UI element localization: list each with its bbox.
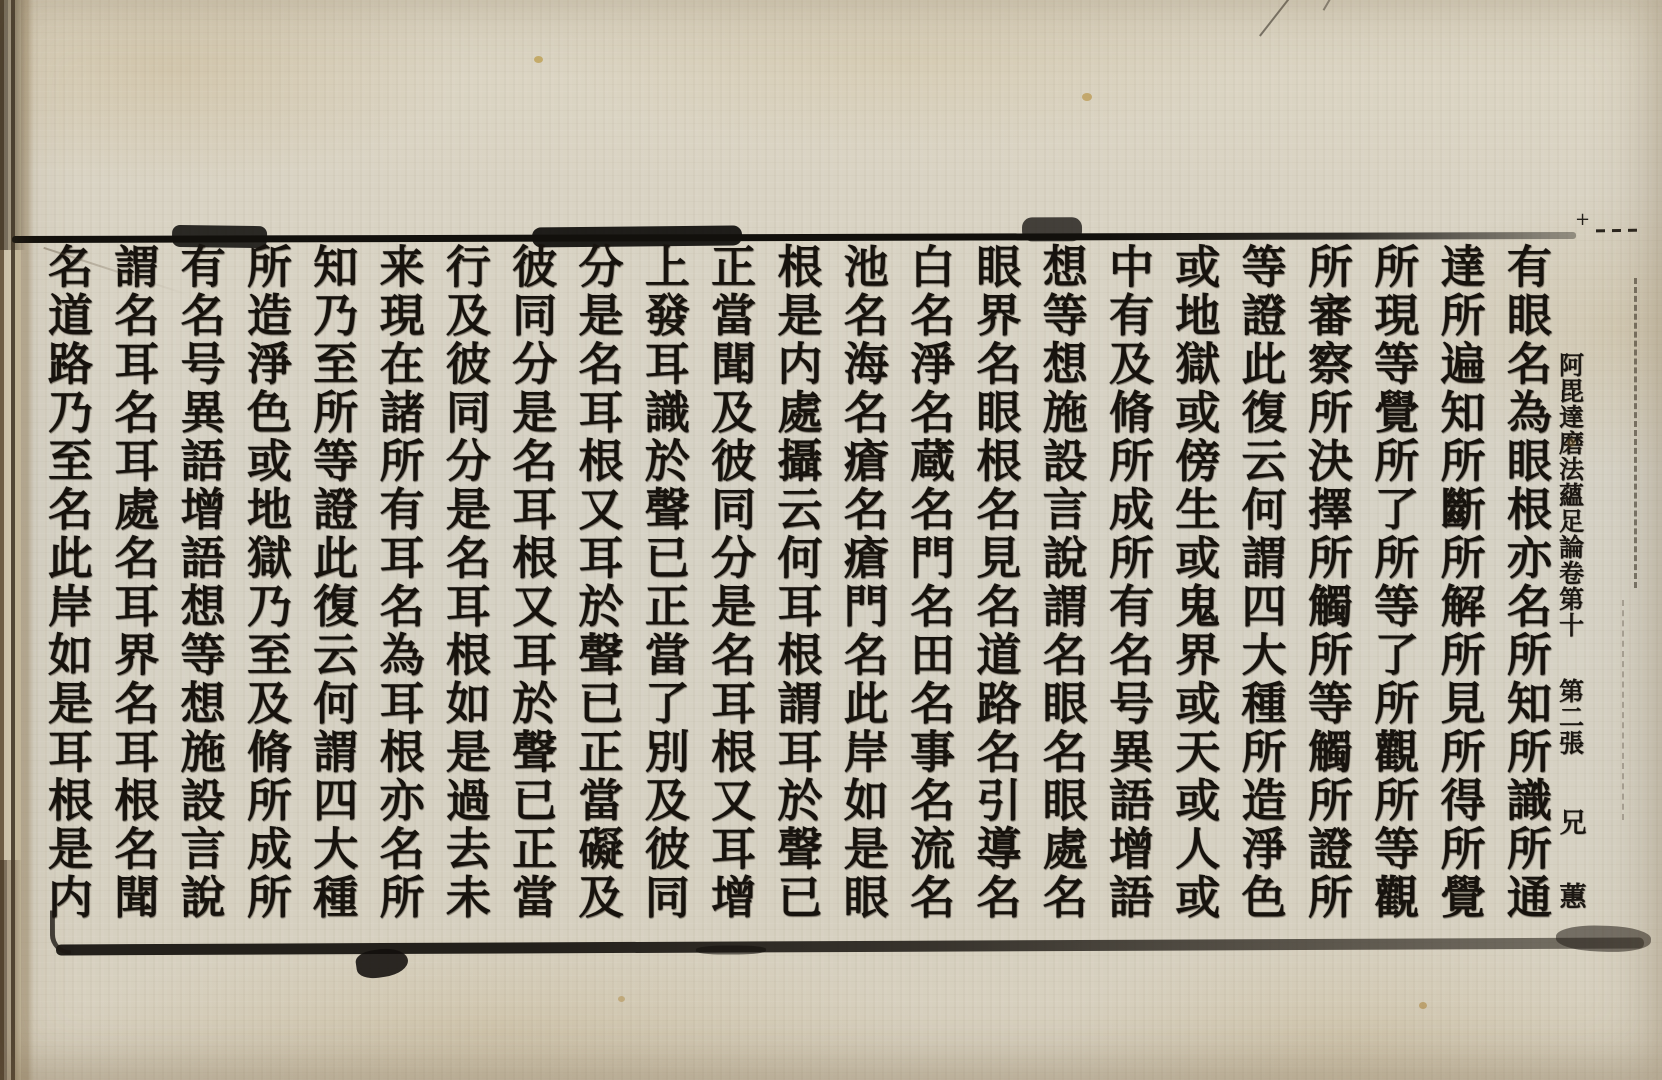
text-column-10: 白名淨名蔵名門名田名事名流名 [904, 243, 952, 943]
stain-speck [1419, 1002, 1427, 1009]
text-columns: 有眼名為眼根亦名所知所識所通 達所遍知所斷所解所見所得所覺 所現等覺所了所等了所… [42, 243, 1549, 943]
stain-speck [618, 996, 625, 1002]
text-column-13: 正當聞及彼同分是名耳根又耳增 [705, 243, 753, 943]
ink-blob [696, 945, 766, 954]
text-column-14: 上發耳識於聲已正當了別及彼同 [639, 243, 687, 943]
text-column-19: 知乃至所等證此復云何謂四大種 [307, 243, 355, 943]
volume-title: 阿毘達磨法蘊足論卷第十 [1557, 352, 1584, 638]
stain-speck [1082, 93, 1092, 101]
stain-speck [1567, 438, 1576, 447]
ink-scratch [1259, 0, 1313, 37]
text-column-17: 行及彼同分是名耳根如是過去未 [440, 243, 488, 943]
text-column-23: 名道路乃至名此岸如是耳根是内 [42, 243, 90, 943]
text-column-15: 分是名耳根又耳於聲已正當礙及 [573, 243, 621, 943]
text-column-16: 彼同分是名耳根又耳於聲已正當 [506, 243, 554, 943]
collation-mark: 兄 [1551, 808, 1590, 836]
text-column-12: 根是内處攝云何耳根謂耳於聲已 [771, 243, 819, 943]
sheet-number: 第二張 [1557, 678, 1584, 756]
text-column-6: 或地獄或傍生或鬼界或天或人或 [1169, 243, 1217, 943]
ink-blob [354, 945, 409, 980]
collation-mark: 蕙 [1551, 882, 1590, 910]
text-column-20: 所造淨色或地獄乃至及脩所成所 [241, 243, 289, 943]
registration-mark: + [1575, 212, 1591, 228]
ink-dashes [1596, 229, 1642, 233]
text-column-5: 等證此復云何謂四大種所造淨色 [1236, 243, 1284, 943]
text-column-7: 中有及脩所成所有名号異語增語 [1103, 243, 1151, 943]
text-column-21: 有名号異語增語想等想施設言說 [175, 243, 223, 943]
text-column-3: 所現等覺所了所等了所觀所等觀 [1368, 243, 1416, 943]
stain-speck [534, 56, 543, 63]
text-column-18: 来現在諸所有耳名為耳根亦名所 [374, 243, 422, 943]
paper-crease [1634, 278, 1637, 588]
ink-scratch [1323, 0, 1360, 11]
paper-crease [1622, 600, 1624, 820]
text-column-9: 眼界名眼根名見名道路名引導名 [970, 243, 1018, 943]
ink-smudge [1022, 217, 1082, 241]
text-column-11: 池名海名瘡名瘡門名此岸如是眼 [838, 243, 886, 943]
top-border-rule [12, 198, 1592, 240]
scanned-page: + 有眼名為眼根亦名所知所識所通 達所遍知所斷所解所見所得所覺 所現等覺所了所等… [0, 0, 1662, 1080]
volume-title-column: 阿毘達磨法蘊足論卷第十 第二張 兄 蕙 [1548, 352, 1592, 910]
ink-blob [1556, 924, 1652, 953]
spine-shadow-bottom [0, 860, 22, 1080]
text-column-4: 所審察所決擇所觸所等觸所證所 [1302, 243, 1350, 943]
text-column-8: 想等想施設言說謂名眼名眼處名 [1037, 243, 1085, 943]
text-column-2: 達所遍知所斷所解所見所得所覺 [1435, 243, 1483, 943]
text-column-1: 有眼名為眼根亦名所知所識所通 [1501, 243, 1549, 943]
text-column-22: 謂名耳名耳處名耳界名耳根名聞 [108, 243, 156, 943]
